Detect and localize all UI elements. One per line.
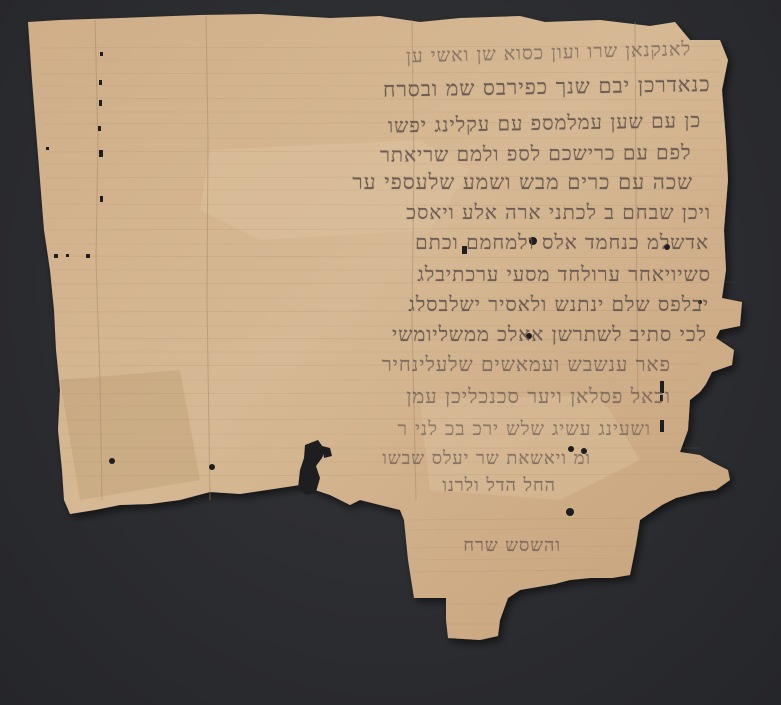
manuscript-line-14: ומ ויאשאת שר יעלס שבשו — [382, 448, 591, 469]
papyrus-fragment: לאנקנאן שרו ועון כסוא שן ואשי ען כנאדרכן… — [0, 0, 781, 705]
manuscript-line-5: שכה עם כרים מבש ושמע שלעספי ער — [352, 170, 693, 195]
manuscript-line-9: יבלפס שלם ינתנש ולאסיר ישלבסלג — [408, 292, 709, 317]
manuscript-line-15: החל הדל ולרנו — [442, 475, 556, 496]
manuscript-line-7: אדשלמ כנחמד אלס ולמחמם וכתם — [415, 230, 709, 255]
manuscript-line-10: לכי סתיב לשתרשן אאלכ ממשליומשי — [392, 322, 707, 347]
manuscript-line-4: לפם עם כרישכם לספ ולמם שריאתר — [379, 140, 691, 168]
manuscript-line-17: והשסש שרח — [463, 535, 561, 556]
manuscript-line-13: ושעינג עשיג שלש ירכ בכ לני ר — [398, 418, 651, 441]
manuscript-line-6: ויכן שבחם ב לכתני ארה אלע ויאסכ — [406, 200, 711, 225]
manuscript-line-11: פאר ענשבש ועמאשים שלעלינחיר — [382, 352, 671, 377]
manuscript-line-8: סשיויאחר ערולחד מסעי ערכתיבלג — [417, 262, 711, 287]
manuscript-line-12: וכאל פסלאן ויער סכנכליכן עמן — [406, 384, 671, 409]
